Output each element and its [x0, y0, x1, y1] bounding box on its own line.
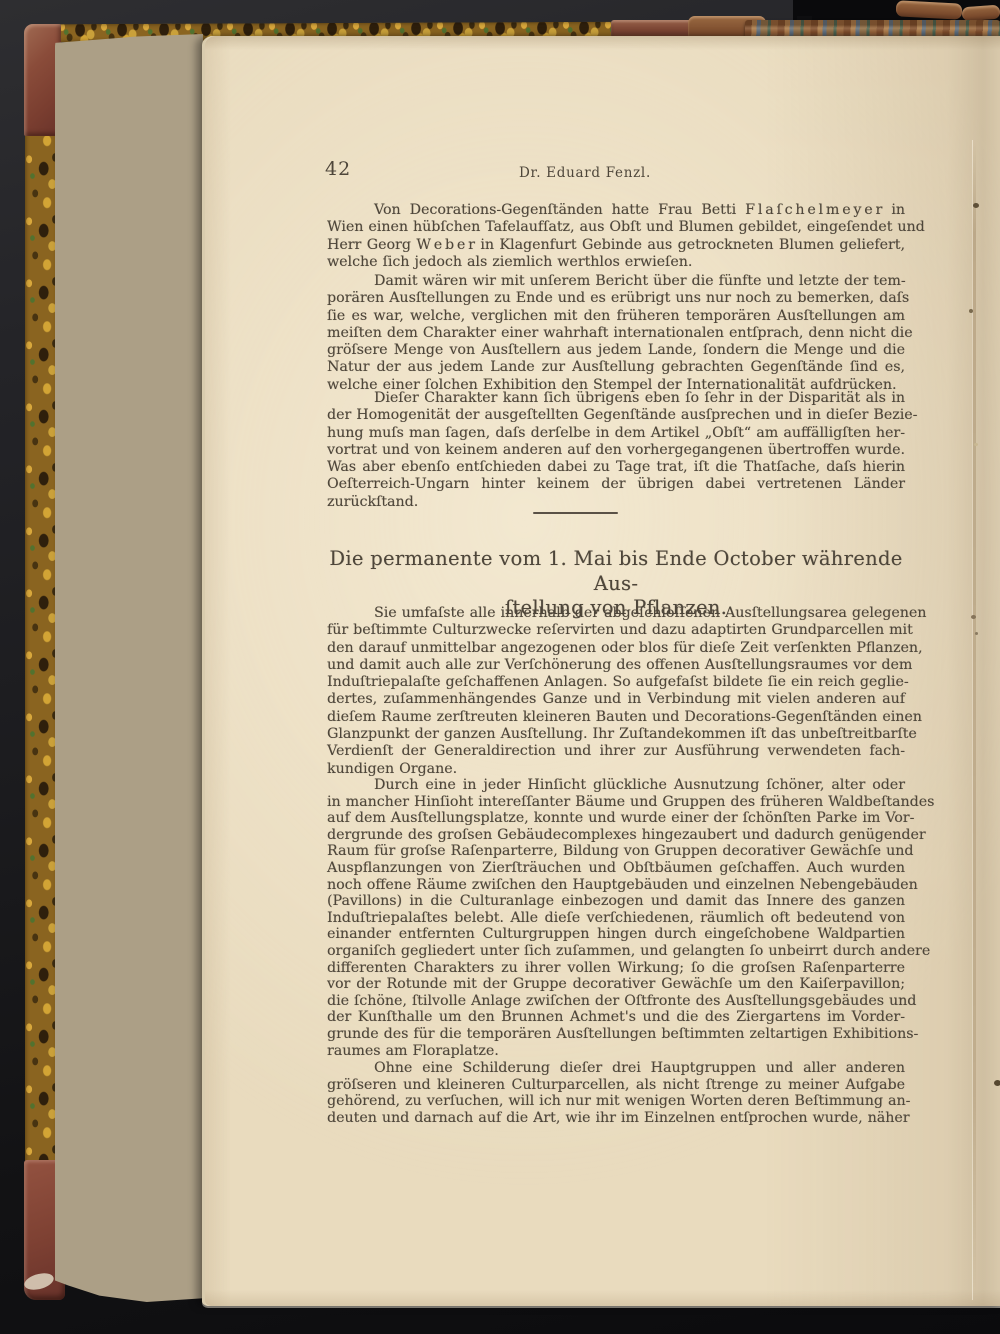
- paragraph: Sie umfaſste alle innerhalb der abgeſchl…: [327, 605, 905, 778]
- text-line: vor der Rotunde mit der Gruppe decorativ…: [327, 976, 905, 993]
- text-line: grunde des für die temporären Ausſtellun…: [327, 1026, 905, 1043]
- running-header: Dr. Eduard Fenzl.: [519, 165, 651, 181]
- page-speck: [994, 1080, 1000, 1086]
- text-line: gröſseren und kleineren Culturparcellen,…: [327, 1077, 905, 1094]
- text-line: welche ſich jedoch als ziemlich werthlos…: [327, 254, 905, 271]
- text-line: auf dem Ausſtellungsplatze, konnte und w…: [327, 810, 905, 827]
- text-line: dieſem Raume zerſtreuten kleineren Baute…: [327, 709, 905, 726]
- text-line: Oeſterreich-Ungarn hinter keinem der übr…: [327, 476, 905, 493]
- text-line: für beſtimmte Culturzwecke reſervirten u…: [327, 622, 905, 639]
- text-line: (Pavillons) in die Culturanlage einbezog…: [327, 893, 905, 910]
- page-speck: [971, 615, 976, 619]
- text-line: Natur der aus jedem Lande zur Ausſtellun…: [327, 359, 905, 376]
- text-line: hung muſs man ſagen, daſs derſelbe in de…: [327, 425, 905, 442]
- text-line: kundigen Organe.: [327, 761, 905, 778]
- text-line: Dieſer Charakter kann ſich übrigens eben…: [327, 390, 905, 407]
- text-line: raumes am Floraplatze.: [327, 1043, 905, 1060]
- text-line: Damit wären wir mit unſerem Bericht über…: [327, 273, 905, 290]
- text-line: meiſten dem Charakter einer wahrhaft int…: [327, 325, 905, 342]
- text-line: zurückſtand.: [327, 494, 905, 511]
- text-line: die ſchöne, ſtilvolle Anlage zwiſchen de…: [327, 993, 905, 1010]
- text-line: einander entfernten Culturgruppen hingen…: [327, 926, 905, 943]
- text-line: differenten Charakters zu ihrer vollen W…: [327, 960, 905, 977]
- text-line: Was aber ebenſo entſchieden dabei zu Tag…: [327, 459, 905, 476]
- text-line: deuten und darnach auf die Art, wie ihr …: [327, 1110, 905, 1127]
- text-line: noch offene Räume zwiſchen den Hauptgebä…: [327, 877, 905, 894]
- page-number: 42: [325, 158, 351, 180]
- page-speck: [974, 443, 978, 446]
- text-line: Induſtriepalaſte geſchaffenen Anlagen. S…: [327, 674, 905, 691]
- text-line: der Homogenität der ausgeſtellten Gegenſ…: [327, 407, 905, 424]
- text-line: dergrunde des groſsen Gebäudecomplexes h…: [327, 827, 905, 844]
- text-line: gröſsere Menge von Ausſtellern aus jedem…: [327, 342, 905, 359]
- spine-leather-fragment: [962, 5, 1000, 22]
- text-line: ſie es war, welche, verglichen mit den f…: [327, 308, 905, 325]
- text-line: vortrat und von keinem anderen auf den v…: [327, 442, 905, 459]
- text-line: Glanzpunkt der ganzen Ausſtellung. Ihr Z…: [327, 726, 905, 743]
- text-line: in mancher Hinſioht intereſſanter Bäume …: [327, 794, 905, 811]
- paragraph: Von Decorations-Gegenſtänden hatte Frau …: [327, 202, 905, 271]
- text-line: porären Ausſtellungen zu Ende und es erü…: [327, 290, 905, 307]
- text-line: Auspflanzungen von Zierſträuchen und Obſ…: [327, 860, 905, 877]
- text-line: Raum für groſse Raſenparterre, Bildung v…: [327, 843, 905, 860]
- page-edges-stack: [55, 34, 203, 1302]
- text-line: der Kunſthalle um den Brunnen Achmet's u…: [327, 1009, 905, 1026]
- text-line: den darauf unmittelbar angezogenen oder …: [327, 640, 905, 657]
- text-line: Herr Georg W e b e r in Klagenfurt Gebin…: [327, 237, 905, 254]
- text-line: Ohne eine Schilderung dieſer drei Hauptg…: [327, 1060, 905, 1077]
- text-line: Verdienſt der Generaldirection und ihrer…: [327, 743, 905, 760]
- text-line: Sie umfaſste alle innerhalb der abgeſchl…: [327, 605, 905, 622]
- paragraph: Ohne eine Schilderung dieſer drei Hauptg…: [327, 1060, 905, 1126]
- scanned-book-photo: { "document": { "type": "scanned_book_pa…: [0, 0, 1000, 1334]
- section-heading-line: Die permanente vom 1. Mai bis Ende Octob…: [327, 547, 905, 596]
- text-line: Von Decorations-Gegenſtänden hatte Frau …: [327, 202, 905, 219]
- page-speck: [975, 632, 978, 635]
- page-speck: [969, 309, 973, 313]
- text-line: dertes, zuſammenhängendes Ganze und in V…: [327, 691, 905, 708]
- paragraph: Damit wären wir mit unſerem Bericht über…: [327, 273, 905, 394]
- section-divider-rule: [533, 512, 618, 514]
- text-line: organiſch gegliedert unter ſich zuſammen…: [327, 943, 905, 960]
- page-speck: [973, 203, 979, 208]
- cover-marbled-paper: [25, 88, 58, 1168]
- text-line: Durch eine in jeder Hinſicht glückliche …: [327, 777, 905, 794]
- text-line: Induſtriepalaſtes belebt. Alle dieſe ver…: [327, 910, 905, 927]
- text-line: Wien einen hübſchen Tafelaufſatz, aus Ob…: [327, 219, 905, 236]
- text-line: gehörend, zu verſuchen, will ich nur mit…: [327, 1093, 905, 1110]
- spine-leather-fragment: [896, 0, 963, 19]
- text-line: und damit auch alle zur Verſchönerung de…: [327, 657, 905, 674]
- paragraph: Durch eine in jeder Hinſicht glückliche …: [327, 777, 905, 1059]
- paragraph: Dieſer Charakter kann ſich übrigens eben…: [327, 390, 905, 511]
